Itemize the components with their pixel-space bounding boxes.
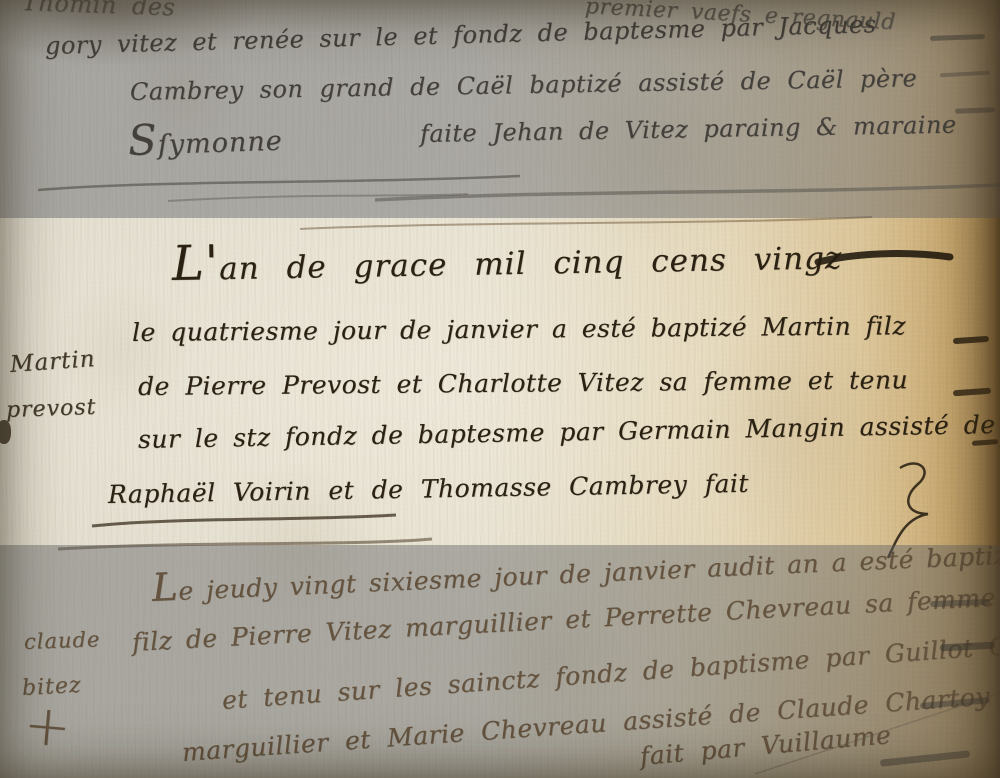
dim-overlay-bottom <box>0 545 1000 778</box>
dim-overlay-top <box>0 0 1000 218</box>
ink-blot <box>0 420 11 444</box>
margin-note-name: prevost <box>6 395 97 423</box>
entry-heading: L'an de grace mil cinq cens vingz <box>172 224 843 292</box>
manuscript-page: Thomin des premier vaefs e regnauld gory… <box>0 0 1000 778</box>
